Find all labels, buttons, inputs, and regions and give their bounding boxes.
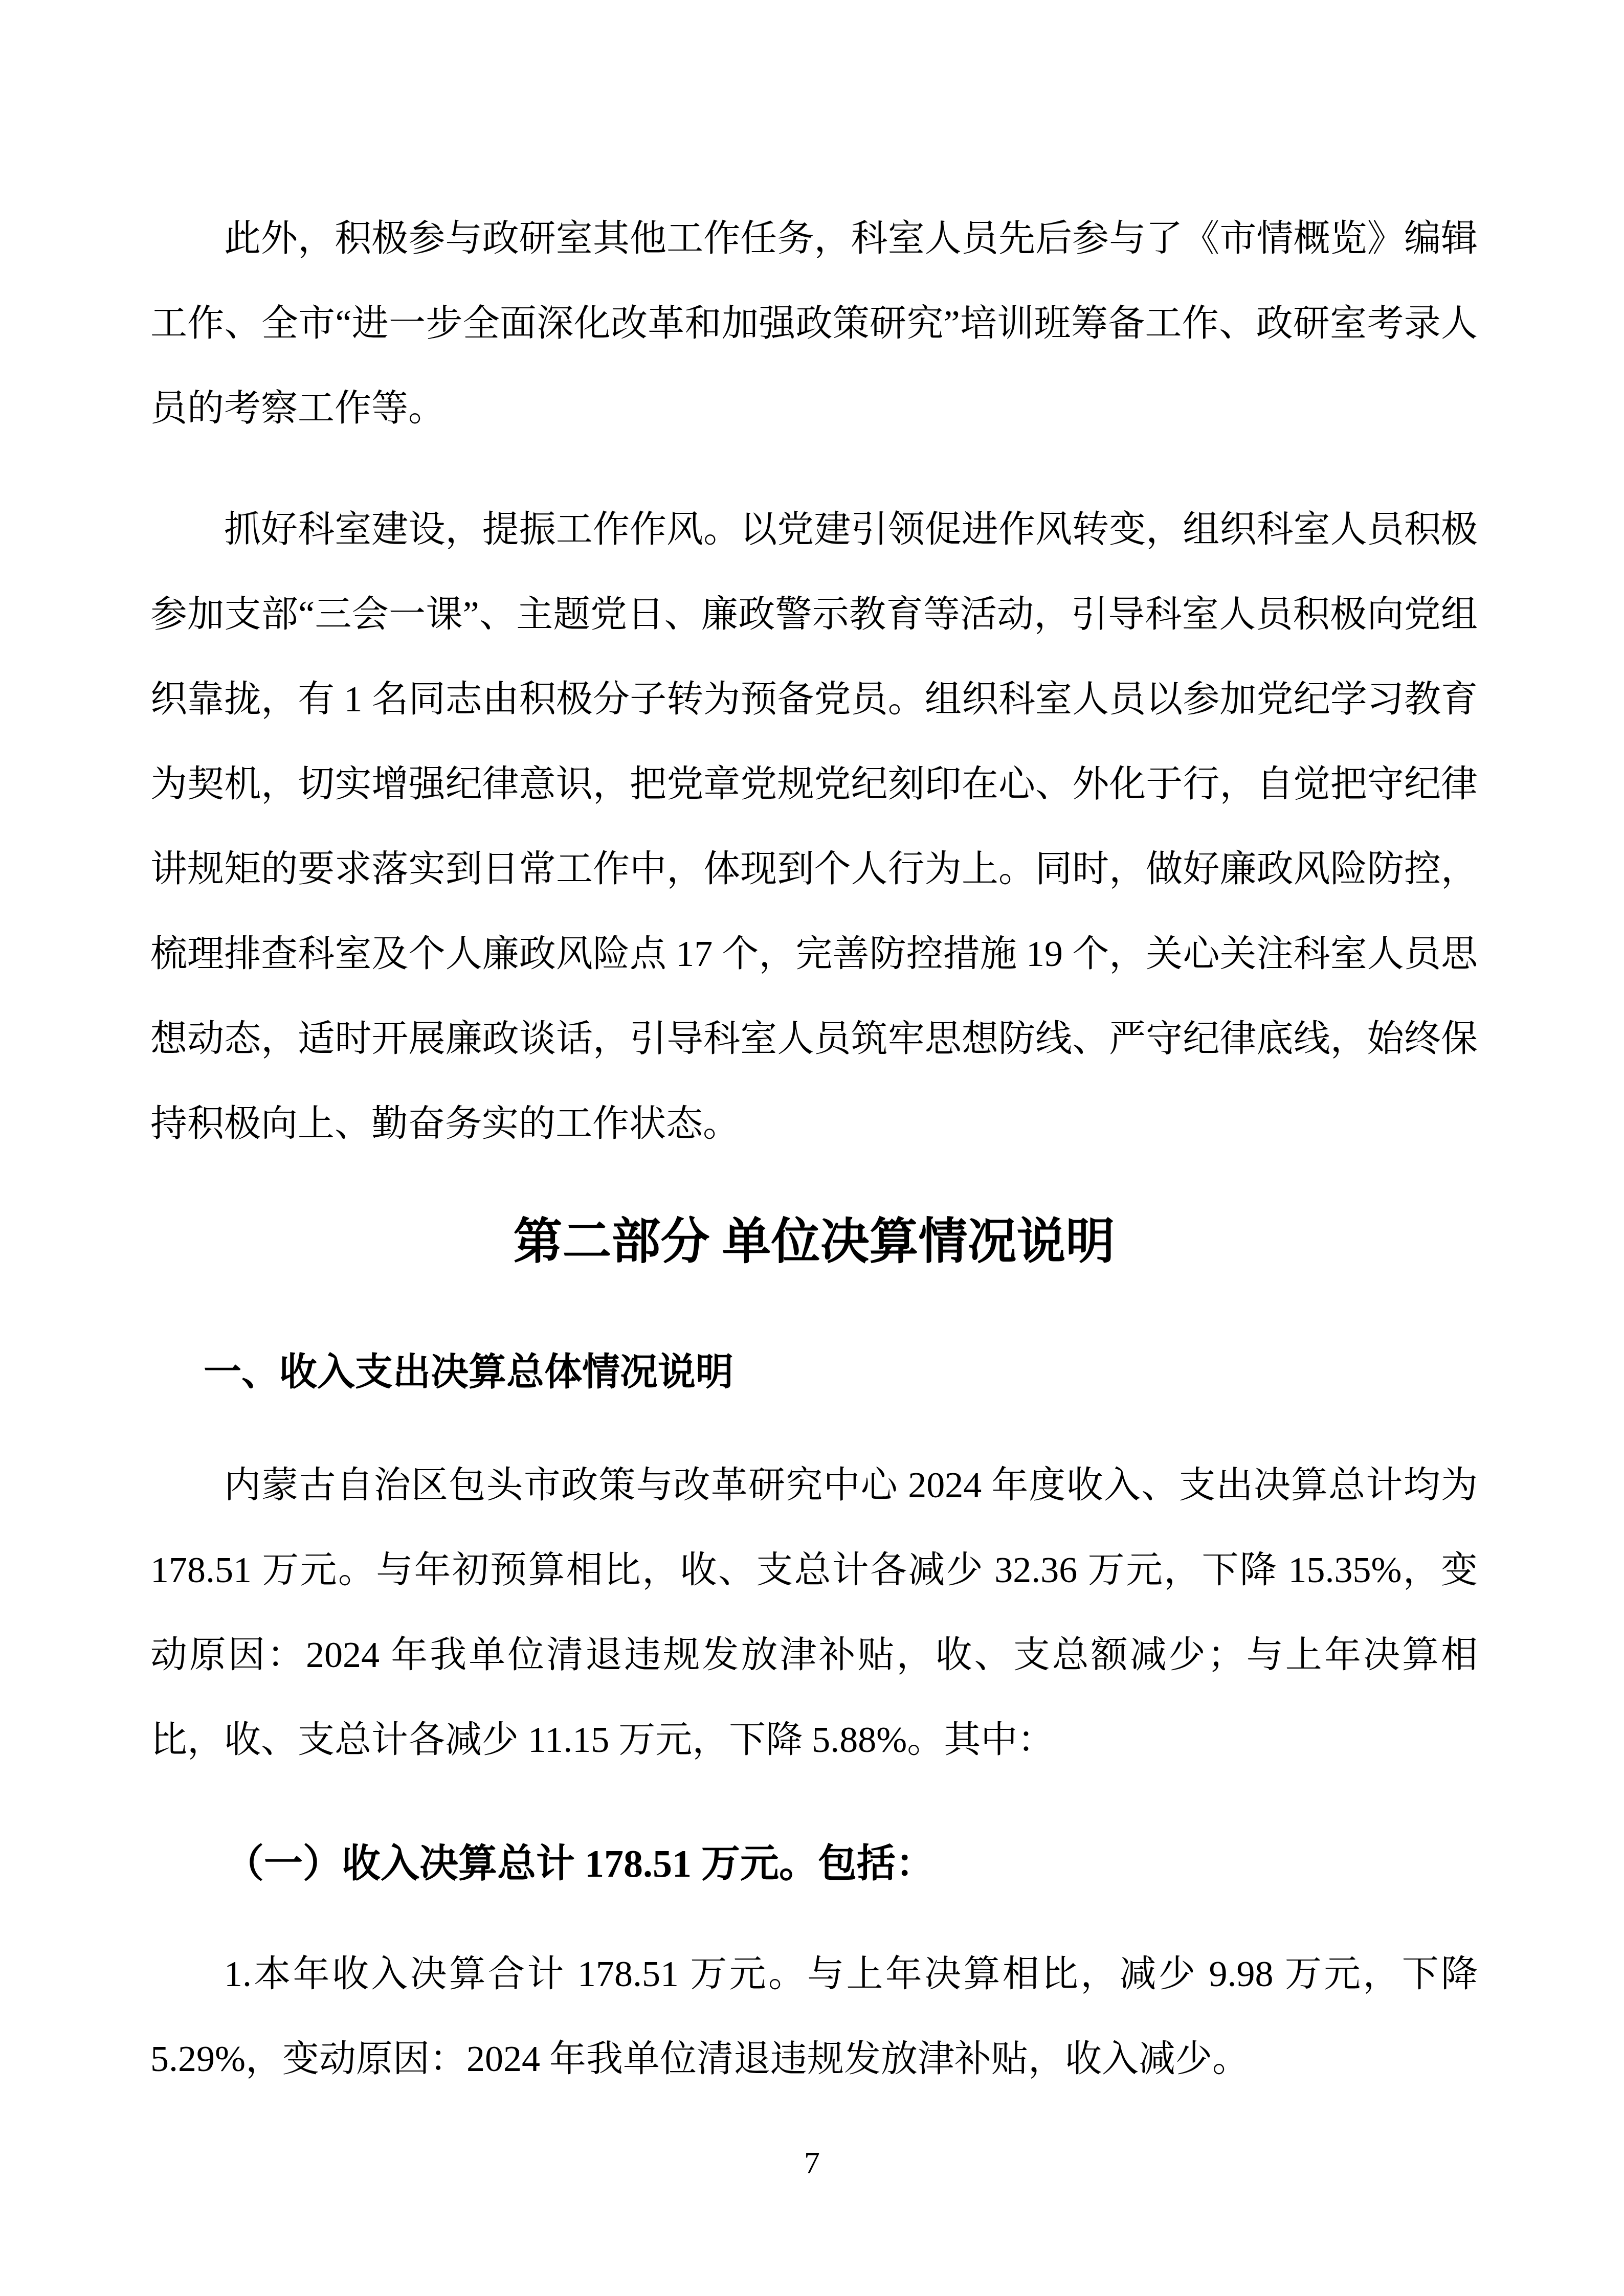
heading-overall-budget-statement: 一、收入支出决算总体情况说明	[150, 1353, 1478, 1391]
page-content: 此外，积极参与政研室其他工作任务，科室人员先后参与了《市情概览》编辑工作、全市“…	[150, 196, 1478, 2101]
paragraph-income-detail: 1.本年收入决算合计 178.51 万元。与上年决算相比，减少 9.98 万元，…	[150, 1931, 1478, 2101]
paragraph-section-building: 抓好科室建设，提振工作作风。以党建引领促进作风转变，组织科室人员积极参加支部“三…	[150, 487, 1478, 1166]
section-title-part-two: 第二部分 单位决算情况说明	[150, 1211, 1478, 1272]
document-page: 此外，积极参与政研室其他工作任务，科室人员先后参与了《市情概览》编辑工作、全市“…	[0, 0, 1624, 2296]
paragraph-other-work-tasks: 此外，积极参与政研室其他工作任务，科室人员先后参与了《市情概览》编辑工作、全市“…	[150, 196, 1478, 451]
page-number: 7	[0, 2145, 1624, 2181]
paragraph-overall-budget-figures: 内蒙古自治区包头市政策与改革研究中心 2024 年度收入、支出决算总计均为 17…	[150, 1443, 1478, 1782]
heading-income-total: （一）收入决算总计 178.51 万元。包括：	[150, 1842, 1478, 1885]
